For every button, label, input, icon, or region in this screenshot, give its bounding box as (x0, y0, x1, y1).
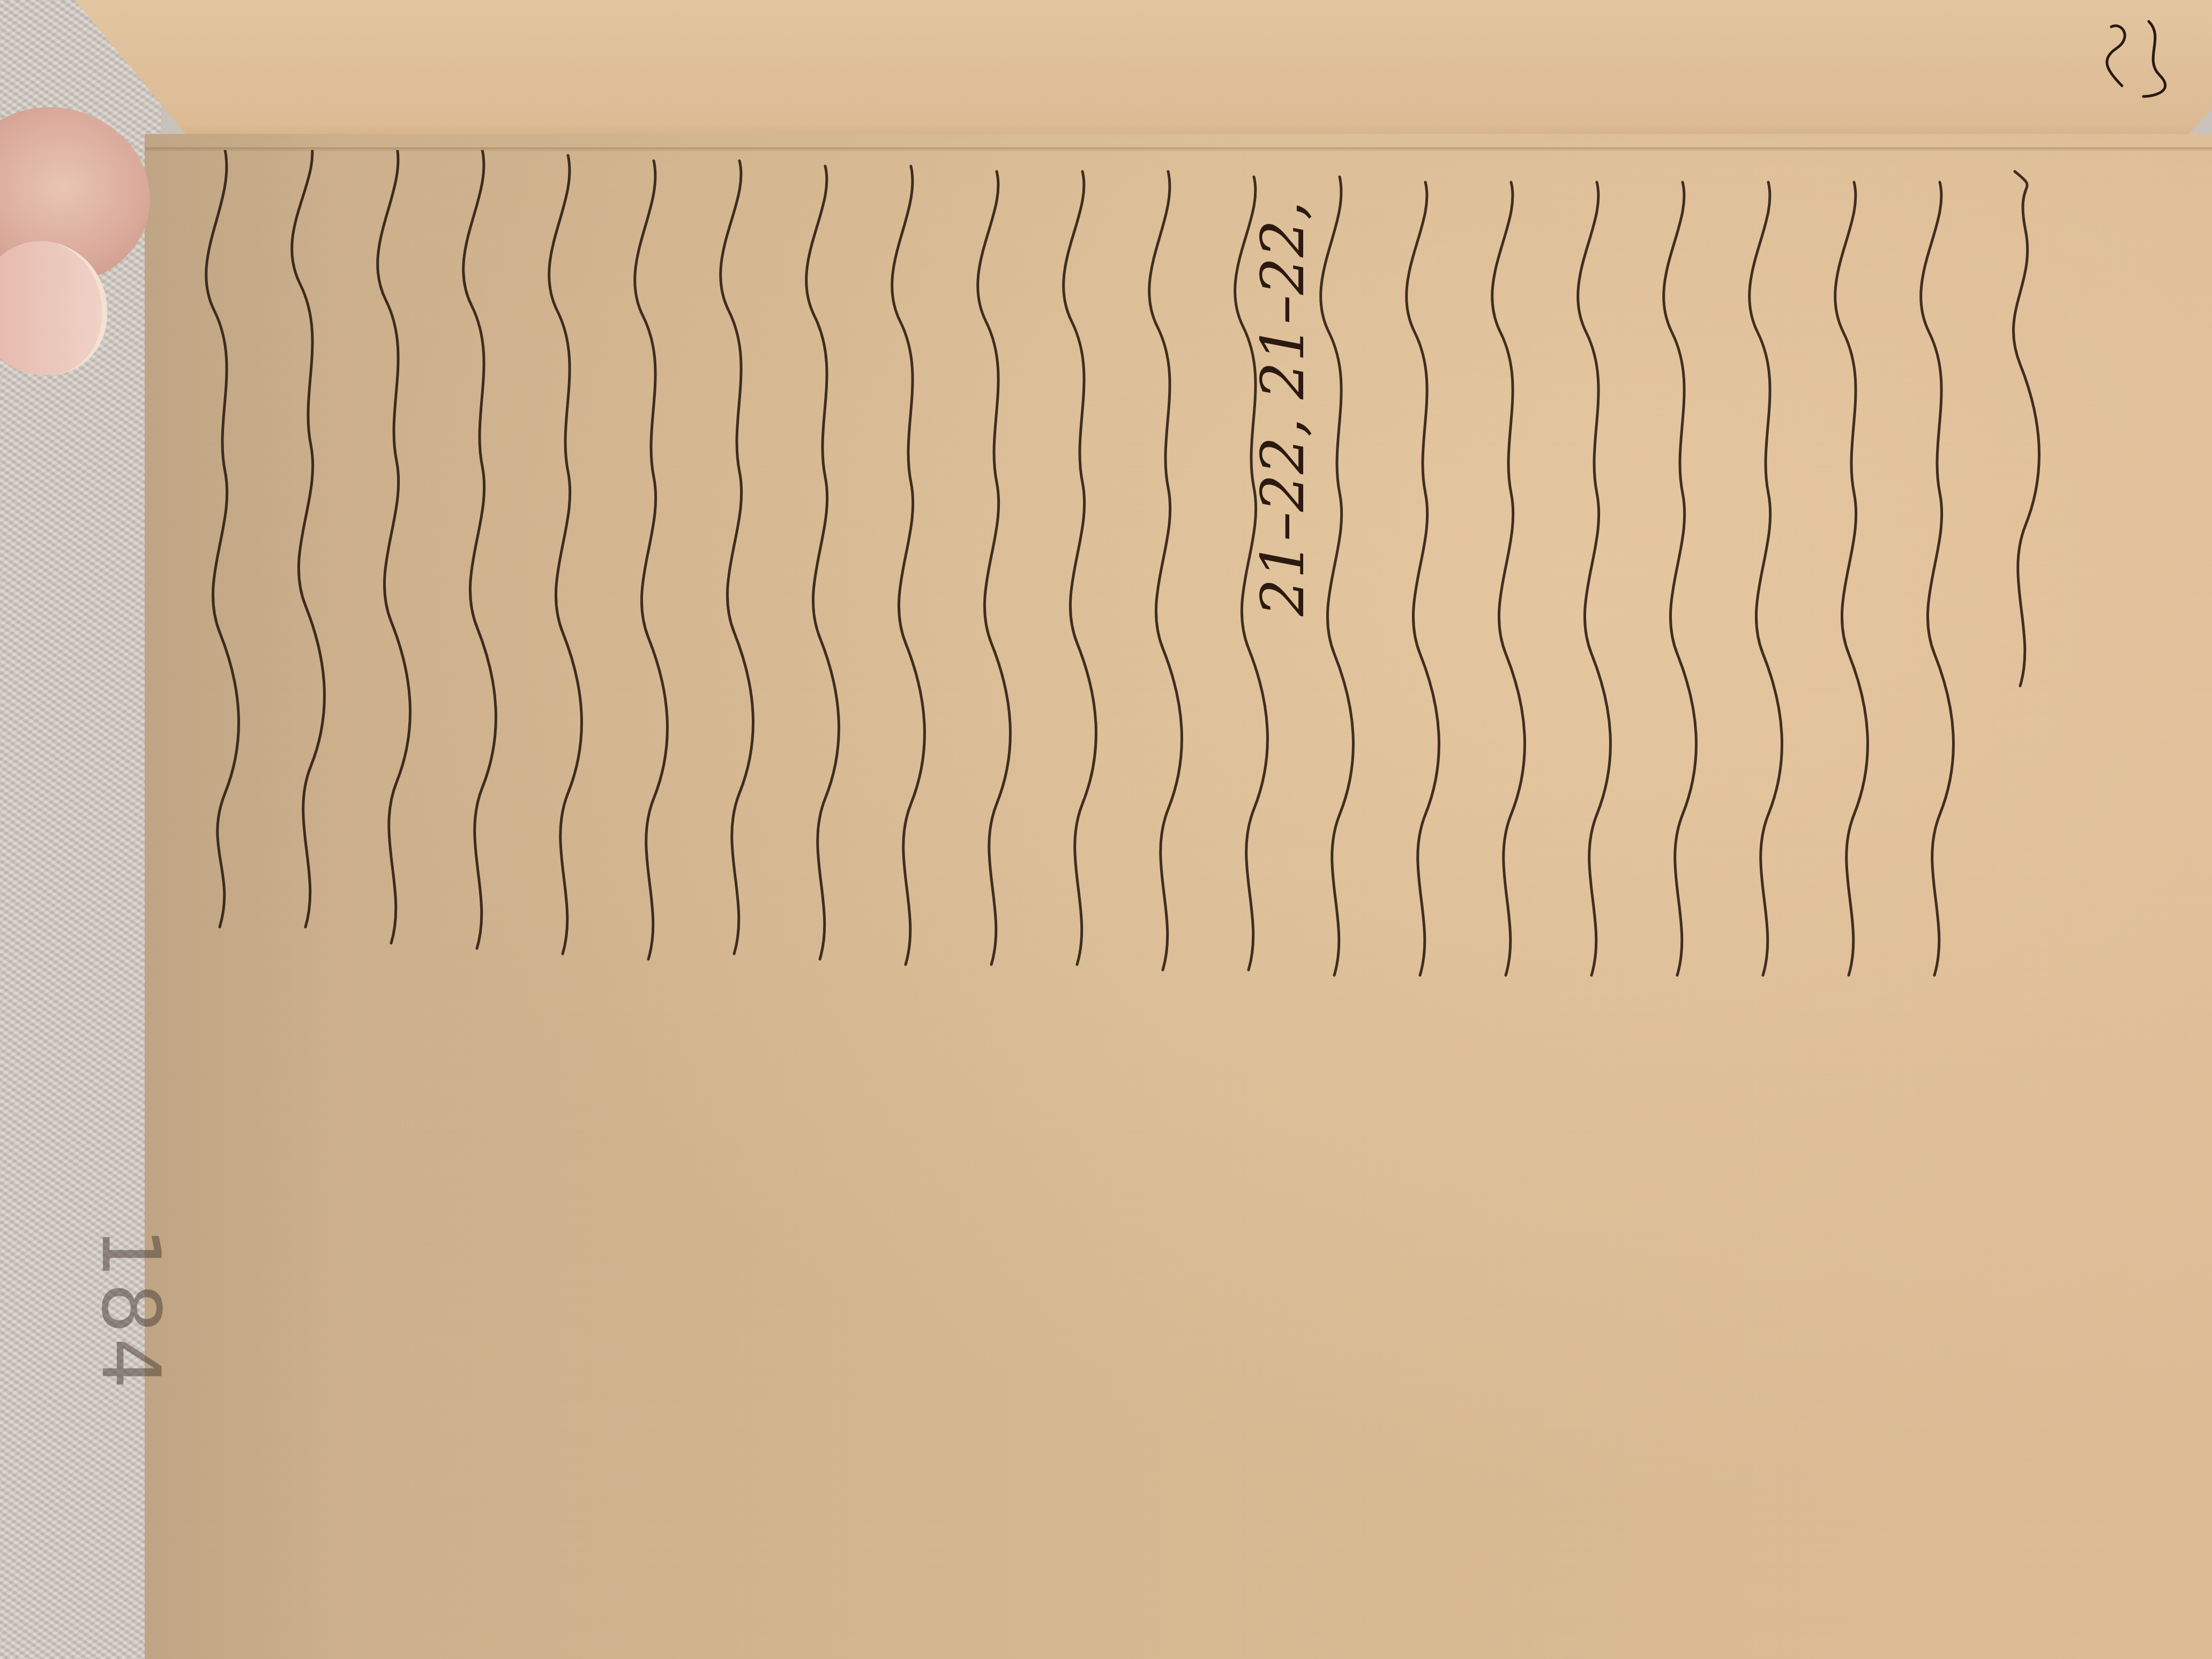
handwritten-text-block (204, 150, 2133, 981)
handwriting-line (464, 150, 496, 948)
handwriting-line (721, 161, 753, 954)
handwriting-line (1578, 182, 1611, 975)
handwriting-line (978, 171, 1011, 965)
handwriting-line (1407, 182, 1439, 975)
handwriting-line (1664, 182, 1697, 975)
handwriting-line (1064, 171, 1096, 965)
handwriting-line (2013, 171, 2039, 686)
closing-flourish (2101, 16, 2176, 102)
handwriting-line (892, 166, 925, 965)
handwriting-line (1835, 182, 1868, 975)
handwriting-line (549, 155, 582, 954)
handwriting-line (1750, 182, 1782, 975)
handwriting-line (1321, 177, 1354, 975)
pencil-page-number: 184 (84, 1227, 177, 1393)
handwriting-line (378, 150, 410, 943)
handwriting-line (292, 150, 325, 927)
page-flap-fold (75, 0, 2212, 155)
thumb-nail (0, 241, 107, 375)
handwriting-line (635, 161, 668, 959)
handwriting-line (1149, 171, 1182, 970)
handwriting-line (206, 150, 239, 927)
handwritten-numerals: 21–22, 21–22, (1249, 201, 1317, 616)
handwriting-line (1492, 182, 1525, 975)
handwriting-line (1921, 182, 1954, 975)
handwriting-line (806, 166, 839, 959)
